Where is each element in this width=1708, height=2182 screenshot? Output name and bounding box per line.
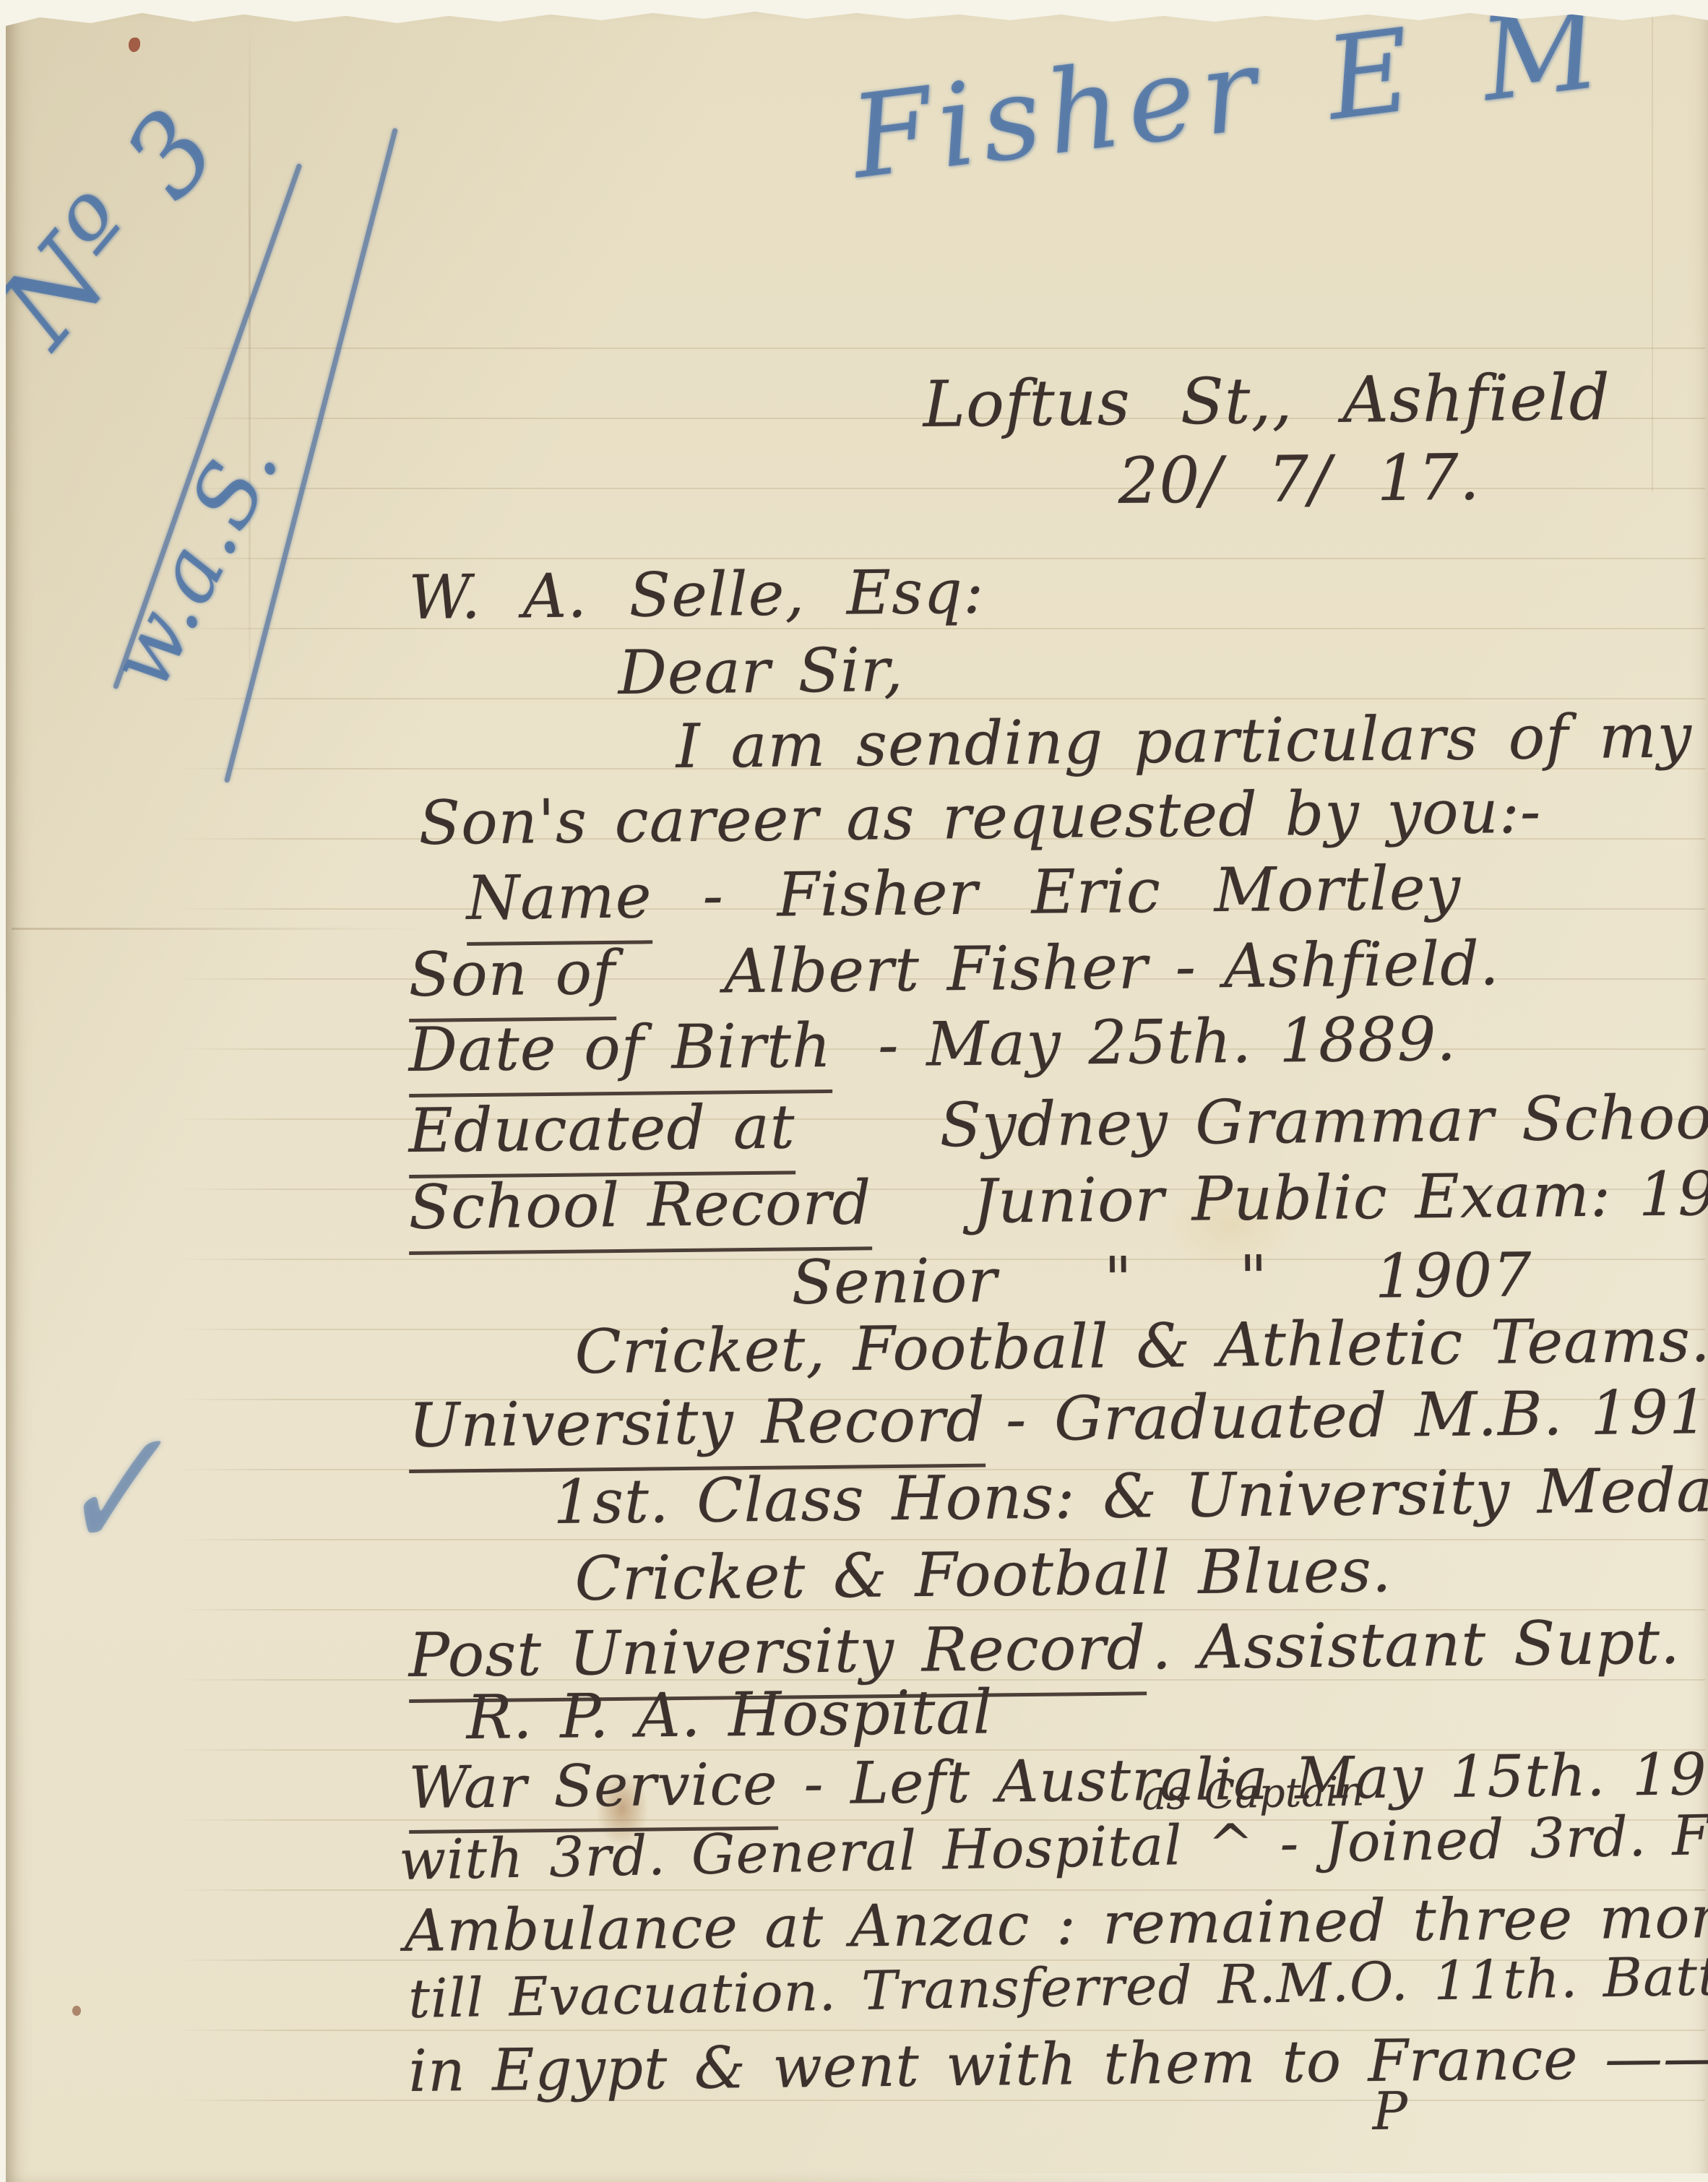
line-text: Son's career as requested by you:- — [418, 779, 1542, 856]
line-text: - Fisher Eric Mortley — [702, 855, 1462, 929]
post-university-record-field-line: Post University Record. Assistant Supt. … — [408, 1608, 1708, 1688]
line-text: I am sending particulars of my — [676, 703, 1692, 779]
line-label: Name — [466, 861, 652, 946]
line-label: Date of Birth — [408, 1010, 832, 1098]
paper-bottom-edge — [769, 2173, 1708, 2182]
letter-line: I am sending particulars of my — [676, 703, 1692, 779]
letter-line: Cricket & Football Blues. — [574, 1538, 1392, 1612]
educated-at-field-line: Educated atSydney Grammar School — [408, 1084, 1708, 1164]
recipient-line: W. A. Selle, Esq: — [408, 559, 985, 631]
letter-line: Son's career as requested by you:- — [418, 779, 1542, 856]
address-line: Loftus St,, Ashfield — [923, 363, 1610, 439]
line-text: W. A. Selle, Esq: — [408, 559, 985, 631]
university-record-field-line: University Record- Graduated M.B. 1913. — [408, 1379, 1708, 1458]
page-mark: P — [1372, 2083, 1408, 2139]
line-text: 20/ 7/ 17. — [1118, 443, 1480, 515]
line-text: in Egypt & went with them to France ——— — [408, 2026, 1708, 2103]
son-of-field-line: Son ofAlbert Fisher - Ashfield. — [408, 931, 1500, 1008]
line-label: Son of — [408, 937, 616, 1022]
line-text: Sydney Grammar School — [939, 1084, 1708, 1158]
date-of-birth-field-line: Date of Birth- May 25th. 1889. — [408, 1006, 1457, 1083]
line-text: - May 25th. 1889. — [878, 1006, 1457, 1078]
school-record-field-line: School RecordJunior Public Exam: 1905 — [408, 1160, 1708, 1241]
line-text: Junior Public Exam: 1905 — [972, 1160, 1708, 1235]
line-text: 1st. Class Hons: & University Medal. — [553, 1457, 1708, 1535]
line-text: . Assistant Supt. at — [1152, 1608, 1708, 1681]
letter-line: in Egypt & went with them to France ——— — [408, 2026, 1708, 2103]
line-text: - Graduated M.B. 1913. — [1005, 1379, 1708, 1452]
line-label: University Record — [408, 1384, 986, 1473]
line-text: Senior " " 1907 — [791, 1242, 1532, 1315]
name-field-line: Name- Fisher Eric Mortley — [466, 855, 1461, 931]
letter-line: 1st. Class Hons: & University Medal. — [553, 1457, 1708, 1535]
letter-line: R. P. A. Hospital — [466, 1679, 993, 1750]
letter-line: Senior " " 1907 — [791, 1242, 1532, 1315]
letter-body: Loftus St,, Ashfield 20/ 7/ 17. W. A. Se… — [6, 0, 1708, 2182]
letter-line: Cricket, Football & Athletic Teams. — [574, 1308, 1708, 1385]
line-label: Educated at — [408, 1091, 795, 1178]
line-label: School Record — [408, 1167, 872, 1255]
line-text: Loftus St,, Ashfield — [923, 363, 1610, 439]
line-text: Cricket, Football & Athletic Teams. — [574, 1308, 1708, 1385]
salutation-line: Dear Sir, — [618, 637, 904, 706]
line-text: Albert Fisher - Ashfield. — [724, 931, 1500, 1004]
line-text: Dear Sir, — [618, 637, 904, 706]
line-text: R. P. A. Hospital — [466, 1679, 993, 1750]
line-text: Cricket & Football Blues. — [574, 1538, 1392, 1612]
date-line: 20/ 7/ 17. — [1118, 443, 1480, 515]
inserted-text-above-line: as Captain — [1142, 1770, 1365, 1818]
letter-paper: Nº 3 w.a.S. Fisher E M ✓ Loftus St,, Ash… — [6, 0, 1708, 2182]
